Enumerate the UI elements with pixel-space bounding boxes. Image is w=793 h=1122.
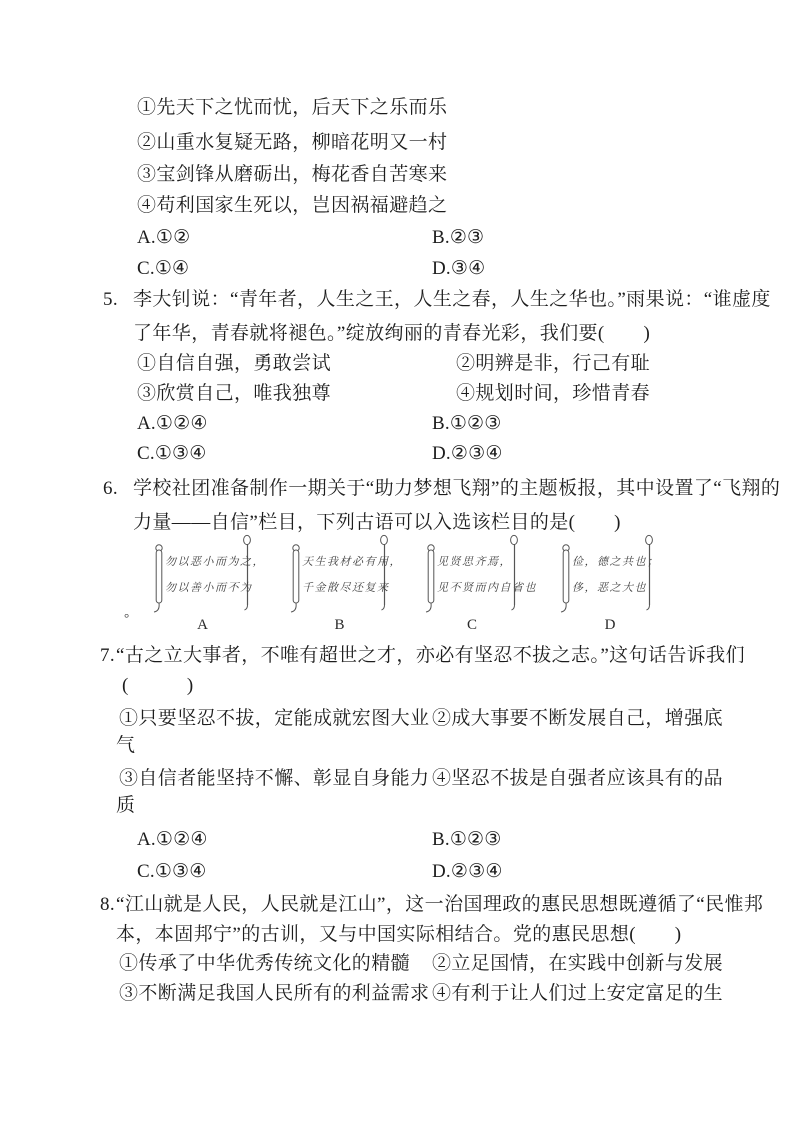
question-8-subitem-1: ①传承了中华优秀传统文化的精髓 [119, 953, 410, 975]
scroll-label-c: C [422, 617, 522, 634]
question-6-number: 6. [103, 478, 118, 500]
scroll-b-text-line-2: 千金散尽还复来 [302, 575, 402, 601]
question-8-number: 8. [100, 894, 115, 916]
question-8-stem-line-2: 本，本固邦宁”的古训，又与中国实际相结合。党的惠民思想( ) [116, 924, 682, 946]
question-4-item-4: ④苟利国家生死以，岂因祸福避趋之 [137, 195, 447, 217]
scroll-d-text-line-1: 俭，德之共也； [572, 549, 660, 575]
question-6-stem-line-1: 学校社团准备制作一期关于“助力梦想飞翔”的主题板报，其中设置了“飞翔的 [133, 478, 780, 500]
scroll-a-text-line-1: 勿以恶小而为之， [165, 549, 265, 575]
question-7-option-b: B.①②③ [432, 829, 502, 851]
stray-degree-mark: ° [124, 610, 129, 626]
question-5-stem-line-1: 李大钊说：“青年者，人生之王，人生之春，人生之华也。”雨果说：“谁虚度 [133, 289, 771, 311]
question-7-subitem-4: ④坚忍不拔是自强者应该具有的品 [432, 768, 723, 790]
question-5-stem-line-2: 了年华，青春就将褪色。”绽放绚丽的青春光彩，我们要( ) [133, 323, 650, 345]
question-8-subitem-3: ③不断满足我国人民所有的利益需求 [119, 983, 429, 1005]
question-4-item-2: ②山重水复疑无路，柳暗花明又一村 [137, 132, 447, 154]
question-7-subitem-3: ③自信者能坚持不懈、彰显自身能力 [119, 768, 429, 790]
question-7-option-c: C.①③④ [137, 861, 207, 883]
scroll-option-c: 见贤思齐焉， 见不贤而内自省也 [422, 533, 522, 617]
scroll-option-b: 天生我材必有用， 千金散尽还复来 [287, 533, 392, 617]
question-5-option-b: B.①②③ [432, 413, 502, 435]
scroll-c-text-line-2: 见不贤而内自省也 [437, 575, 537, 601]
question-7-stem-line-1: “古之立大事者，不唯有超世之才，亦必有坚忍不拔之志。”这句话告诉我们 [116, 645, 745, 667]
question-4-item-3: ③宝剑锋从磨砺出，梅花香自苦寒来 [137, 164, 447, 186]
question-5-option-c: C.①③④ [137, 443, 207, 465]
scroll-option-d: 俭，德之共也； 侈，恶之大也 [557, 533, 657, 617]
question-5-subitem-1: ①自信自强，勇敢尝试 [137, 353, 331, 375]
question-7-option-d: D.②③④ [432, 861, 503, 883]
question-5-subitem-4: ④规划时间，珍惜青春 [456, 383, 650, 405]
question-8-stem-line-1: “江山就是人民，人民就是江山”，这一治国理政的惠民思想既遵循了“民惟邦 [116, 894, 763, 916]
question-7-subitem-1: ①只要坚忍不拔，定能成就宏图大业 [119, 708, 429, 730]
question-5-option-a: A.①②④ [137, 413, 208, 435]
question-5-subitem-2: ②明辨是非，行己有耻 [456, 353, 650, 375]
question-7-subitem-4-wrap: 质 [116, 795, 135, 817]
scroll-b-text-line-1: 天生我材必有用， [302, 549, 402, 575]
question-4-item-1: ①先天下之忧而忧，后天下之乐而乐 [137, 97, 447, 119]
scroll-label-b: B [287, 617, 392, 634]
scroll-a-text-line-2: 勿以善小而不为 [165, 575, 265, 601]
scroll-option-a: 勿以恶小而为之， 勿以善小而不为 [150, 533, 255, 617]
question-4-option-b: B.②③ [432, 227, 484, 249]
question-8-subitem-4: ④有利于让人们过上安定富足的生 [432, 983, 723, 1005]
question-6-stem-line-2: 力量——自信”栏目，下列古语可以入选该栏目的是( ) [133, 512, 621, 534]
question-4-option-d: D.③④ [432, 258, 485, 280]
question-4-option-c: C.①④ [137, 258, 189, 280]
question-7-answer-blank: ( ) [122, 675, 194, 697]
question-5-option-d: D.②③④ [432, 443, 503, 465]
question-7-option-a: A.①②④ [137, 829, 208, 851]
scroll-label-d: D [560, 617, 660, 634]
question-4-option-a: A.①② [137, 227, 190, 249]
scroll-label-a: A [150, 617, 255, 634]
exam-page: ①先天下之忧而忧，后天下之乐而乐 ②山重水复疑无路，柳暗花明又一村 ③宝剑锋从磨… [0, 0, 793, 1122]
question-5-number: 5. [103, 289, 118, 311]
question-5-subitem-3: ③欣赏自己，唯我独尊 [137, 383, 331, 405]
question-8-subitem-2: ②立足国情，在实践中创新与发展 [432, 953, 723, 975]
question-7-number: 7. [100, 645, 115, 667]
scroll-c-text-line-1: 见贤思齐焉， [437, 549, 537, 575]
scroll-d-text-line-2: 侈，恶之大也 [572, 575, 660, 601]
question-7-subitem-2: ②成大事要不断发展自己，增强底 [432, 708, 723, 730]
question-7-subitem-2-wrap: 气 [116, 735, 135, 757]
